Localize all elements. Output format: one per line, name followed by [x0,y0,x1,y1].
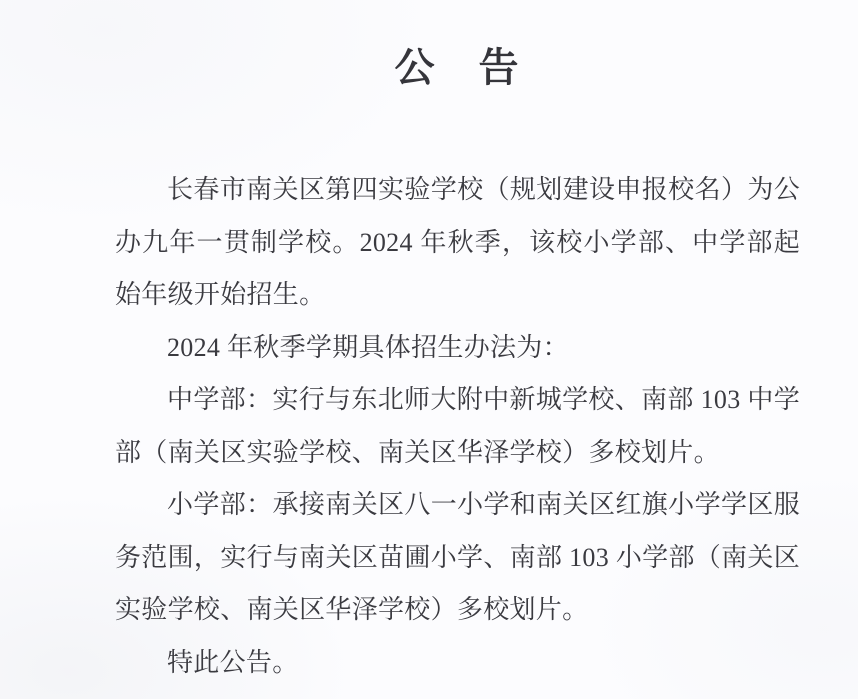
notice-paragraph: 特此公告。 [115,637,800,690]
notice-page: 公 告 长春市南关区第四实验学校（规划建设申报校名）为公办九年一贯制学校。202… [0,0,858,699]
notice-paragraph: 2024 年秋季学期具体招生办法为： [115,322,800,375]
notice-body: 长春市南关区第四实验学校（规划建设申报校名）为公办九年一贯制学校。2024 年秋… [115,164,800,689]
notice-title: 公 告 [115,0,800,90]
notice-paragraph: 中学部：实行与东北师大附中新城学校、南部 103 中学部（南关区实验学校、南关区… [115,374,800,479]
notice-paragraph: 小学部：承接南关区八一小学和南关区红旗小学学区服务范围，实行与南关区苗圃小学、南… [115,479,800,637]
notice-paragraph: 长春市南关区第四实验学校（规划建设申报校名）为公办九年一贯制学校。2024 年秋… [115,164,800,322]
